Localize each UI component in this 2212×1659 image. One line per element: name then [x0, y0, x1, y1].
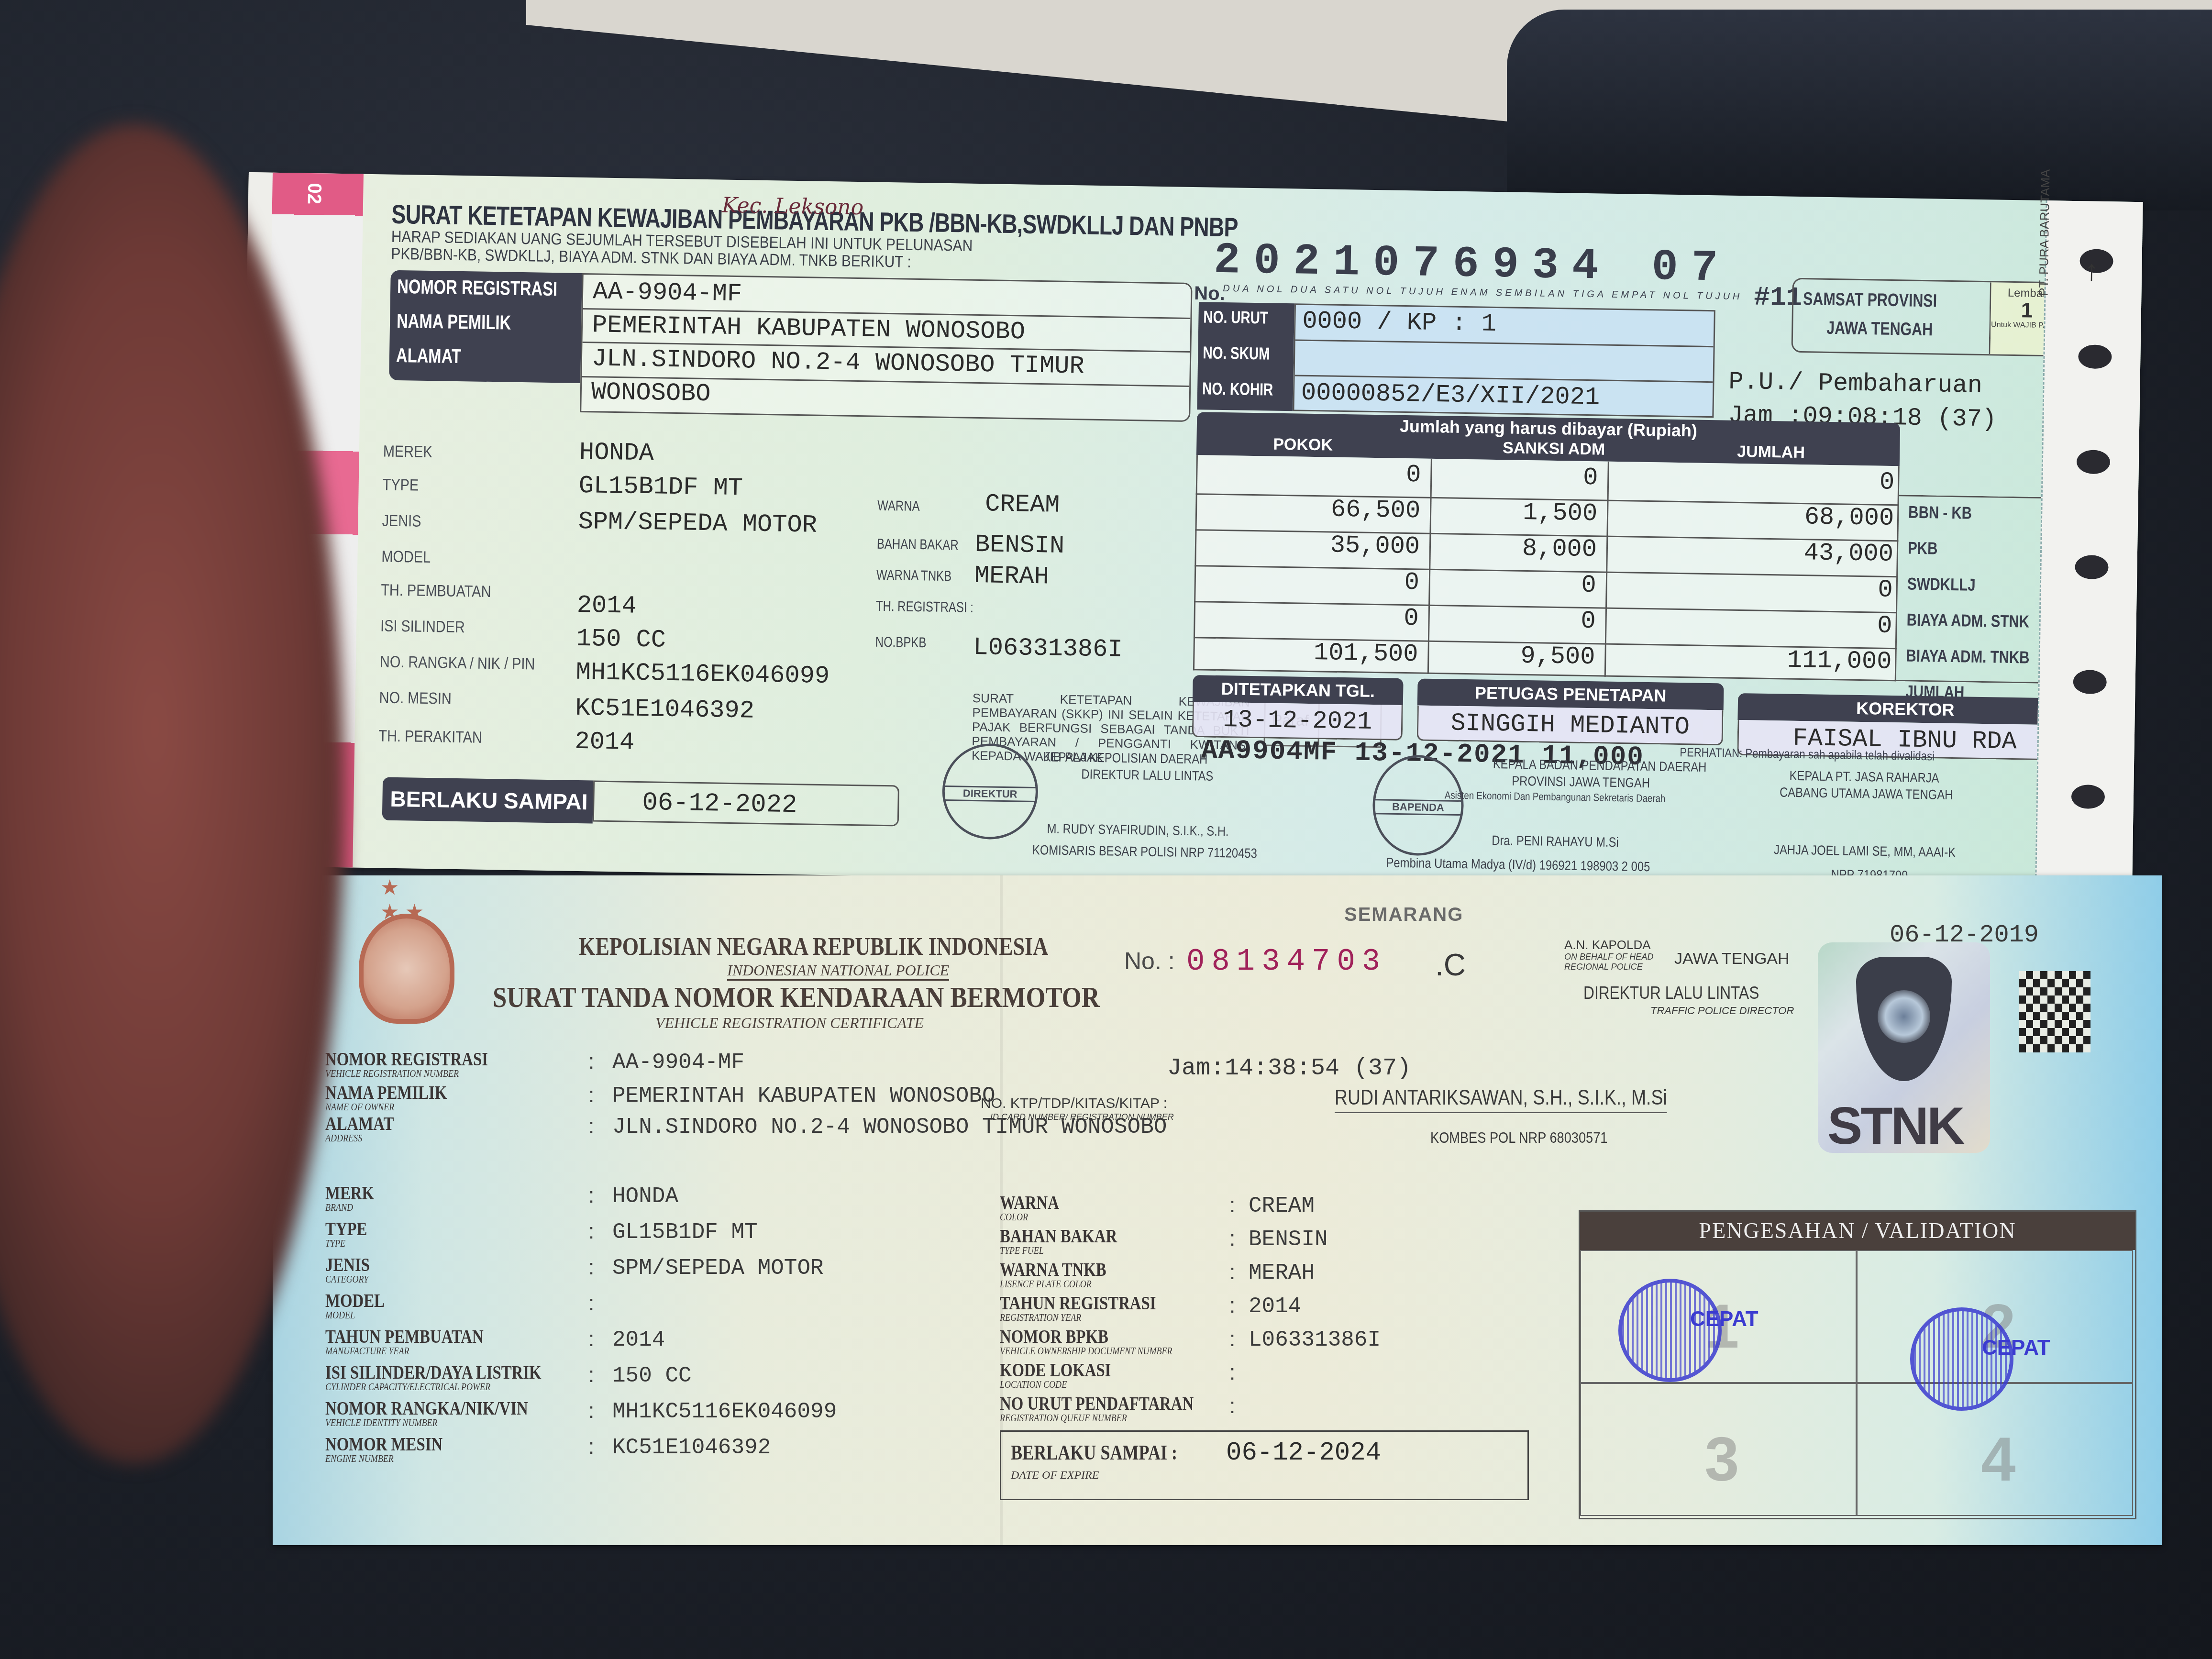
issue-city: SEMARANG	[1344, 904, 1463, 926]
stamp-text: DIREKTUR	[945, 785, 1036, 802]
ditetapkan-label: DITETAPKAN TGL.	[1193, 675, 1404, 705]
stnk-label-right: BAHAN BAKARTYPE FUEL	[1000, 1225, 1117, 1257]
expire-label-en: DATE OF EXPIRE	[1011, 1469, 1099, 1482]
sig3-name: JAHJA JOEL LAMI SE, MM, AAAI-K	[1774, 842, 1956, 860]
an-kapolda: A.N. KAPOLDA	[1564, 938, 1651, 952]
sanksi-value: 8,000	[1522, 534, 1597, 564]
bapenda-stamp: BAPENDA	[1372, 754, 1464, 856]
identity-labels: NOMOR REGISTRASI NAMA PEMILIK ALAMAT	[389, 270, 582, 383]
stnk-serial-suffix: .C	[1435, 947, 1466, 983]
stnk-value-left: 150 CC	[612, 1363, 692, 1388]
value-jenis: SPM/SEPEDA MOTOR	[578, 508, 817, 540]
stnk-label-left: ISI SILINDER/DAYA LISTRIKCYLINDER CAPACI…	[325, 1361, 542, 1393]
pokok-value: 0	[1404, 604, 1419, 632]
value-nomor-registrasi: AA-9904-MF	[593, 277, 742, 308]
label-model: MODEL	[381, 547, 431, 567]
value-no-bpkb: L06331386I	[973, 633, 1123, 664]
serial-prefix: No.	[1194, 283, 1225, 305]
stnk-label-right: KODE LOKASILOCATION CODE	[1000, 1359, 1111, 1391]
berlaku-sampai-box: BERLAKU SAMPAI 06-12-2022	[382, 777, 909, 829]
perforated-edge: ↑ PT. PURA BARUTAMA	[2035, 200, 2143, 896]
value-alamat: JLN.SINDORO NO.2-4 WONOSOBO TIMUR	[592, 344, 1085, 380]
label-id-card-en: ID CARD NUMBER/ REGISTRATION NUMBER	[990, 1112, 1174, 1122]
samsat-box: SAMSAT PROVINSI JAWA TENGAH Lembar 1 Unt…	[1791, 278, 2063, 357]
stnk-label-right: WARNA TNKBLISENCE PLATE COLOR	[1000, 1258, 1106, 1290]
officer-name: RUDI ANTARIKSAWAN, S.H., S.I.K., M.Si	[1335, 1086, 1667, 1113]
sanksi-value: 0	[1583, 464, 1598, 492]
label-jenis: JENIS	[382, 511, 421, 531]
shield-icon	[1856, 957, 1952, 1081]
agency-name: KEPOLISIAN NEGARA REPUBLIK INDONESIA	[579, 933, 1048, 961]
petugas-label: PETUGAS PENETAPAN	[1417, 679, 1724, 710]
label-merek: MEREK	[383, 442, 432, 462]
stnk-value-right: L06331386I	[1249, 1327, 1381, 1352]
label-nomor-registrasi: NOMOR REGISTRASI	[397, 275, 558, 300]
stnk-label-left: NOMOR RANGKA/NIK/VINVEHICLE IDENTITY NUM…	[325, 1397, 528, 1429]
stnk-title-en: VEHICLE REGISTRATION CERTIFICATE	[655, 1014, 924, 1032]
label-type: TYPE	[382, 476, 419, 495]
identity-box: NOMOR REGISTRASI NAMA PEMILIK ALAMAT AA-…	[388, 270, 1189, 421]
sanksi-value: 0	[1581, 571, 1596, 599]
value-merek: HONDA	[579, 438, 654, 467]
skkp-tax-assessment-document: 02 SURAT KETETAPAN KEWAJIBAN PEMBAYARAN …	[238, 172, 2143, 896]
stnk-value-left: MH1KC5116EK046099	[612, 1399, 837, 1424]
jumlah-value: 0	[1878, 576, 1893, 604]
police-director-stamp: DIREKTUR	[941, 743, 1039, 840]
stnk-label-left: JENISCATEGORY	[325, 1253, 370, 1285]
stamp-text-1: CEPAT	[1690, 1307, 1759, 1331]
stnk-label-right: TAHUN REGISTRASIREGISTRATION YEAR	[1000, 1292, 1156, 1324]
pokok-value: 66,500	[1331, 496, 1421, 525]
stnk-value-left: HONDA	[612, 1184, 678, 1209]
value-alamat-city: WONOSOBO	[591, 378, 711, 408]
label-th-perakitan: TH. PERAKITAN	[378, 727, 482, 747]
stnk-jam: Jam:14:38:54 (37)	[1167, 1055, 1411, 1082]
jumlah-value: 0	[1880, 468, 1895, 497]
expire-value: 06-12-2024	[1226, 1438, 1381, 1468]
stnk-value-left: GL15B1DF MT	[612, 1220, 758, 1245]
stnk-label-left: NOMOR MESINENGINE NUMBER	[325, 1433, 442, 1465]
payment-row-label: SWDKLLJ	[1907, 574, 1976, 595]
payment-row-label: BIAYA ADM. TNKB	[1906, 646, 2030, 668]
label-warna: WARNA	[877, 498, 920, 515]
validation-cell-4: 4	[1857, 1383, 2133, 1516]
value-type: GL15B1DF MT	[578, 472, 743, 502]
col-sanksi-adm: SANKSI ADM	[1503, 439, 1605, 459]
label-th-registrasi: TH. REGISTRASI :	[876, 598, 974, 616]
stnk-value-left: 2014	[612, 1327, 665, 1352]
seat-headrest	[1507, 10, 2212, 210]
arrow-up-icon: ↑	[2084, 254, 2099, 287]
jumlah-value: 111,000	[1787, 646, 1891, 676]
jumlah-value: 68,000	[1804, 503, 1894, 532]
ditetapkan-value: 13-12-2021	[1192, 702, 1403, 741]
stnk-title: SURAT TANDA NOMOR KENDARAAN BERMOTOR	[493, 981, 1100, 1015]
label-isi-silinder: ISI SILINDER	[380, 617, 465, 637]
value-th-pembuatan: 2014	[576, 591, 637, 620]
stnk-vehicle-registration-certificate: ★★ ★ KEPOLISIAN NEGARA REPUBLIK INDONESI…	[273, 875, 2162, 1545]
stnk-label-right: NO URUT PENDAFTARANREGISTRATION QUEUE NU…	[1000, 1392, 1194, 1424]
berlaku-label: BERLAKU SAMPAI	[382, 777, 593, 824]
value-nomor-registrasi: AA-9904-MF	[612, 1050, 744, 1075]
value-no-kohir: 00000852/E3/XII/2021	[1301, 379, 1600, 412]
identity-values: AA-9904-MF PEMERINTAH KABUPATEN WONOSOBO…	[580, 273, 1192, 422]
printer-name: PT. PURA BARUTAMA	[2036, 169, 2053, 296]
jumlah-value: 43,000	[1803, 539, 1893, 568]
sanksi-value: 1,500	[1523, 498, 1598, 528]
stnk-value-right: BENSIN	[1249, 1227, 1328, 1252]
value-nama-pemilik: PEMERINTAH KABUPATEN WONOSOBO	[592, 311, 1026, 346]
sig1-title: KEPALA KEPOLISIAN DAERAH	[1043, 749, 1208, 767]
stnk-value-right: MERAH	[1249, 1261, 1315, 1285]
berlaku-value: 06-12-2022	[593, 780, 899, 826]
stnk-label-left: TAHUN PEMBUATANMANUFACTURE YEAR	[325, 1325, 484, 1357]
sig1-name: M. RUDY SYAFIRUDIN, S.I.K., S.H.	[1047, 821, 1228, 839]
validation-cell-3: 3	[1580, 1383, 1857, 1516]
stub-code: 02	[303, 183, 325, 204]
label-th-pembuatan: TH. PEMBUATAN	[381, 581, 491, 601]
label-no-skum: NO. SKUM	[1203, 343, 1270, 364]
pokok-value: 0	[1404, 568, 1419, 597]
stnk-label-left: MERKBRAND	[325, 1182, 374, 1214]
label-alamat: ALAMAT	[396, 344, 462, 368]
stnk-value-left: KC51E1046392	[612, 1435, 771, 1460]
value-isi-silinder: 150 CC	[576, 625, 666, 654]
expire-label: BERLAKU SAMPAI :	[1011, 1440, 1177, 1465]
petugas-box: PETUGAS PENETAPAN SINGGIH MEDIANTO	[1417, 679, 1724, 746]
reference-box: NO. URUT NO. SKUM NO. KOHIR 0000 / KP : …	[1197, 302, 1715, 418]
samsat-line1: SAMSAT PROVINSI	[1803, 289, 1937, 311]
sig2-title2: PROVINSI JAWA TENGAH	[1512, 774, 1650, 791]
pokok-value: 0	[1406, 461, 1421, 489]
stnk-value-right: 2014	[1249, 1294, 1301, 1319]
stnk-hologram: STNK	[1818, 942, 1990, 1153]
handwritten-note: Kec. Leksono	[722, 193, 864, 220]
pokok-value: 101,500	[1314, 639, 1418, 668]
label-warna-tnkb: WARNA TNKB	[876, 567, 952, 585]
sanksi-value: 0	[1581, 607, 1596, 635]
stnk-serial-number: 08134703	[1186, 945, 1387, 979]
stnk-label-left: TYPETYPE	[325, 1217, 367, 1250]
validation-title: PENGESAHAN / VALIDATION	[1580, 1212, 2135, 1250]
value-no-urut: 0000 / KP : 1	[1302, 307, 1497, 338]
samsat-line2: JAWA TENGAH	[1826, 318, 1933, 340]
pu-pembaharuan: P.U./ Pembaharuan	[1728, 368, 1982, 400]
stnk-label-right: WARNACOLOR	[1000, 1191, 1059, 1223]
sig2-title: KEPALA BADAN PENDAPATAN DAERAH	[1493, 756, 1707, 775]
qr-code-icon	[2019, 971, 2090, 1052]
pokok-value: 35,000	[1330, 531, 1420, 561]
director-title-en: TRAFFIC POLICE DIRECTOR	[1650, 1005, 1794, 1017]
label-nomor-registrasi: NOMOR REGISTRASIVEHICLE REGISTRATION NUM…	[325, 1048, 488, 1080]
stnk-label-right: NOMOR BPKBVEHICLE OWNERSHIP DOCUMENT NUM…	[1000, 1325, 1172, 1357]
stnk-value-right: CREAM	[1249, 1194, 1315, 1218]
label-no-kohir: NO. KOHIR	[1202, 378, 1273, 399]
label-nama-pemilik: NAMA PEMILIK	[397, 310, 511, 334]
region: JAWA TENGAH	[1674, 950, 1790, 968]
sig2-rank: Pembina Utama Madya (IV/d) 196921 198903…	[1386, 855, 1650, 875]
sig3-title: KEPALA PT. JASA RAHARJA	[1789, 768, 1939, 786]
value-th-perakitan: 2014	[575, 728, 635, 757]
label-nama-pemilik: NAMA PEMILIKNAME OF OWNER	[325, 1081, 447, 1113]
sig2-name: Dra. PENI RAHAYU M.Si	[1492, 833, 1619, 850]
value-warna-tnkb: MERAH	[974, 562, 1049, 591]
value-warna: CREAM	[985, 490, 1060, 519]
sig2-title3: Asisten Ekonomi Dan Pembangunan Sekretar…	[1445, 789, 1666, 805]
sig1-rank: KOMISARIS BESAR POLISI NRP 71120453	[1032, 842, 1257, 861]
expire-box: BERLAKU SAMPAI : DATE OF EXPIRE 06-12-20…	[1000, 1430, 1529, 1500]
hologram-text: STNK	[1827, 1095, 1963, 1156]
label-no-urut: NO. URUT	[1203, 307, 1268, 328]
value-no-rangka: MH1KC5116EK046099	[575, 658, 829, 690]
label-bahan-bakar: BAHAN BAKAR	[877, 536, 959, 554]
col-jumlah: JUMLAH	[1737, 442, 1805, 462]
label-alamat: ALAMATADDRESS	[325, 1112, 394, 1144]
label-id-card: NO. KTP/TDP/KITAS/KITAP :	[981, 1095, 1167, 1112]
sig3-title2: CABANG UTAMA JAWA TENGAH	[1780, 785, 1953, 803]
officer-rank: KOMBES POL NRP 68030571	[1430, 1129, 1607, 1147]
value-bahan-bakar: BENSIN	[974, 531, 1064, 560]
stamp-text-2: CEPAT	[1982, 1336, 2050, 1360]
label-no-bpkb: NO.BPKB	[875, 634, 926, 652]
sig1-title2: DIREKTUR LALU LINTAS	[1081, 766, 1213, 784]
value-no-mesin: KC51E1046392	[575, 694, 754, 725]
stnk-label-left: MODELMODEL	[325, 1289, 385, 1321]
stnk-value-left: SPM/SEPEDA MOTOR	[612, 1256, 824, 1281]
payment-table: Jumlah yang harus dibayar (Rupiah) POKOK…	[1193, 412, 2096, 684]
payment-row-label: BIAYA ADM. STNK	[1906, 610, 2029, 632]
payment-row-label: BBN - KB	[1908, 502, 1972, 523]
value-nama-pemilik: PEMERINTAH KABUPATEN WONOSOBO	[612, 1084, 995, 1108]
police-emblem-icon	[359, 914, 454, 1024]
sanksi-value: 9,500	[1520, 642, 1595, 671]
payment-row-label: PKB	[1908, 538, 1938, 559]
director-title: DIREKTUR LALU LINTAS	[1583, 983, 1759, 1003]
stnk-no-label: No. :	[1124, 947, 1175, 975]
col-pokok: POKOK	[1273, 435, 1333, 455]
agency-name-en: INDONESIAN NATIONAL POLICE	[727, 962, 949, 981]
validation-box: PENGESAHAN / VALIDATION 1 2 3 4 CEPAT CE…	[1579, 1210, 2136, 1519]
ditetapkan-box: DITETAPKAN TGL. 13-12-2021	[1192, 675, 1404, 741]
label-no-mesin: NO. MESIN	[379, 688, 452, 708]
jumlah-value: 0	[1877, 612, 1892, 640]
label-no-rangka: NO. RANGKA / NIK / PIN	[380, 653, 535, 674]
an-kapolda-en: ON BEHALF OF HEAD REGIONAL POLICE	[1564, 952, 1660, 972]
